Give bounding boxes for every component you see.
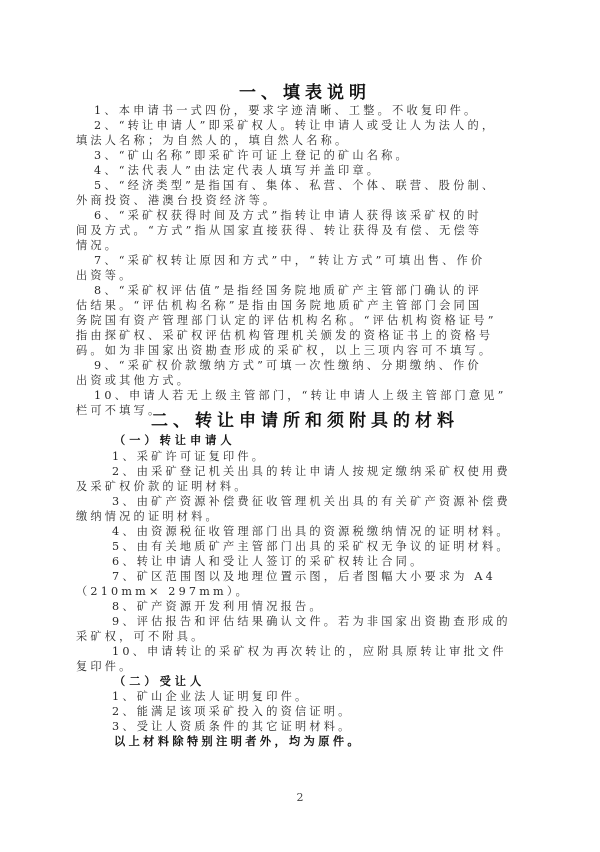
text-line: 5、由有关地质矿产主管部门出具的采矿权无争议的证明材料。 xyxy=(112,539,570,554)
text-line: 3、受让人资质条件的其它证明材料。 xyxy=(112,719,570,734)
text-line: （210mm× 297mm）。 xyxy=(76,584,534,599)
text-line: 2、能满足该项采矿投入的资信证明。 xyxy=(112,704,570,719)
text-line: 估结果。“评估机构名称”是指由国务院地质矿产主管部门会同国 xyxy=(76,298,534,313)
text-line: 出资等。 xyxy=(76,268,534,283)
closing-note: 以上材料除特别注明者外，均为原件。 xyxy=(114,734,572,749)
text-line: 1、采矿许可证复印件。 xyxy=(112,449,570,464)
subsection-title-transferee: （二）受让人 xyxy=(114,674,572,689)
text-line: 2、“转让申请人”即采矿权人。转让申请人或受让人为法人的， xyxy=(94,118,552,133)
text-line: 缴纳情况的证明材料。 xyxy=(76,509,534,524)
text-line: 外商投资、港澳台投资经济等。 xyxy=(76,193,534,208)
text-line: 10、申请转让的采矿权为再次转让的，应附具原转让审批文件 xyxy=(112,644,570,659)
text-line: 7、“采矿权转让原因和方式”中，“转让方式”可填出售、作价 xyxy=(94,253,552,268)
text-line: 6、转让申请人和受让人签订的采矿权转让合同。 xyxy=(112,554,570,569)
text-line: 码。如为非国家出资勘查形成的采矿权，以上三项内容可不填写。 xyxy=(76,343,534,358)
text-line: 8、“采矿权评估值”是指经国务院地质矿产主管部门确认的评 xyxy=(94,283,552,298)
text-line: 8、矿产资源开发利用情况报告。 xyxy=(112,599,570,614)
text-line: 及采矿权价款的证明材料。 xyxy=(76,479,534,494)
text-line: 1、本申请书一式四份，要求字迹清晰、工整。不收复印件。 xyxy=(94,103,552,118)
text-line: 情况。 xyxy=(76,238,534,253)
text-line: 复印件。 xyxy=(76,659,534,674)
text-line: 6、“采矿权获得时间及方式”指转让申请人获得该采矿权的时 xyxy=(94,208,552,223)
text-line: 采矿权，可不附具。 xyxy=(76,629,534,644)
text-line: 3、“矿山名称”即采矿许可证上登记的矿山名称。 xyxy=(94,148,552,163)
text-line: 9、“采矿权价款缴纳方式”可填一次性缴纳、分期缴纳、作价 xyxy=(94,358,552,373)
text-line: 10、申请人若无上级主管部门，“转让申请人上级主管部门意见” xyxy=(94,388,552,403)
text-line: 1、矿山企业法人证明复印件。 xyxy=(112,689,570,704)
section-1-title: 一、填表说明 xyxy=(76,78,534,103)
text-line: 间及方式。“方式”指从国家直接获得、转让获得及有偿、无偿等 xyxy=(76,223,534,238)
section-2-title: 二、转让申请所和须附具的材料 xyxy=(76,406,534,431)
page-number: 2 xyxy=(0,791,600,804)
text-line: 填法人名称；为自然人的，填自然人名称。 xyxy=(76,133,534,148)
text-line: 2、由采矿登记机关出具的转让申请人按规定缴纳采矿权使用费 xyxy=(112,464,570,479)
subsection-title-transferor: （一）转让申请人 xyxy=(114,433,572,448)
text-line: 4、“法代表人”由法定代表人填写并盖印章。 xyxy=(94,163,552,178)
text-line: 出资或其他方式。 xyxy=(76,373,534,388)
text-line: 指由探矿权、采矿权评估机构管理机关颁发的资格证书上的资格号 xyxy=(76,328,534,343)
text-line: 9、评估报告和评估结果确认文件。若为非国家出资勘查形成的 xyxy=(112,614,570,629)
text-line: 4、由资源税征收管理部门出具的资源税缴纳情况的证明材料。 xyxy=(112,524,570,539)
text-line: 5、“经济类型”是指国有、集体、私营、个体、联营、股份制、 xyxy=(94,178,552,193)
text-line: 7、矿区范围图以及地理位置示图，后者图幅大小要求为 A4 xyxy=(112,569,570,584)
text-line: 3、由矿产资源补偿费征收管理机关出具的有关矿产资源补偿费 xyxy=(112,494,570,509)
text-line: 务院国有资产管理部门认定的评估机构名称。“评估机构资格证号” xyxy=(76,313,534,328)
